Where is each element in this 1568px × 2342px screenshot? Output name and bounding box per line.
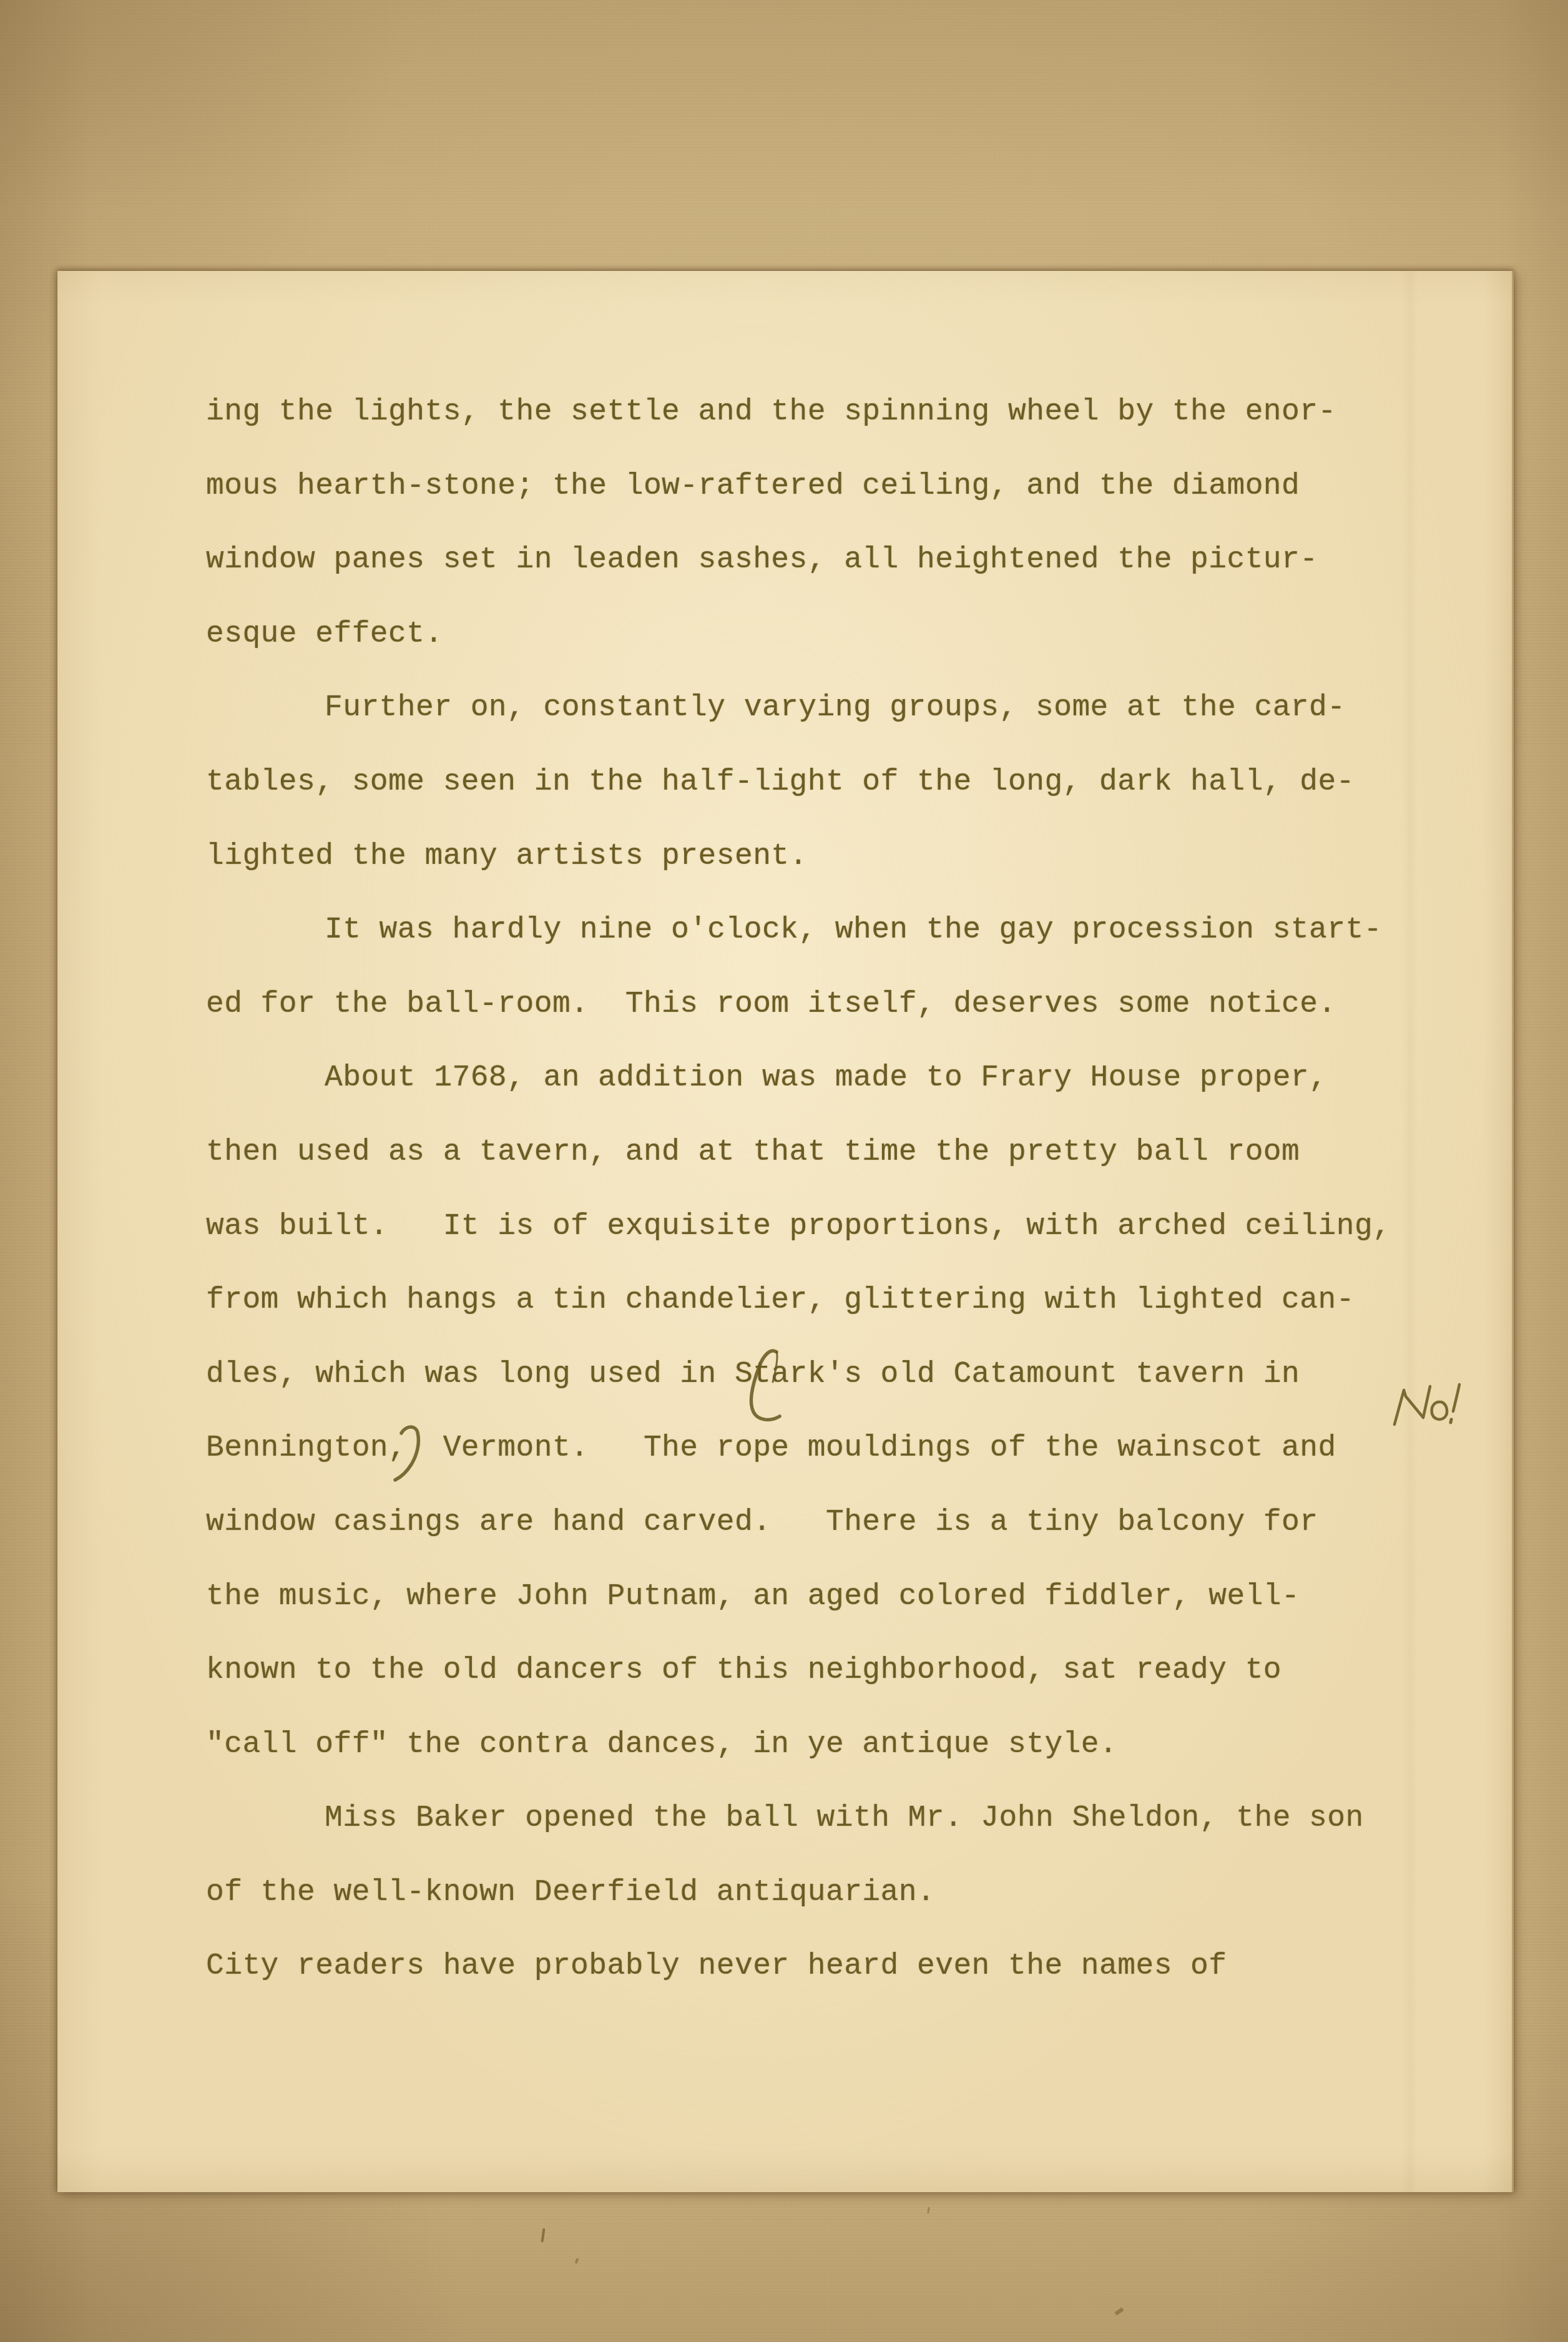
typed-line: ing the lights, the settle and the spinn… <box>206 375 1454 449</box>
typed-line: About 1768, an addition was made to Frar… <box>206 1041 1454 1115</box>
typed-line: ed for the ball-room. This room itself, … <box>206 968 1454 1042</box>
typed-line: was built. It is of exquisite proportion… <box>206 1190 1454 1264</box>
typed-line: tables, some seen in the half-light of t… <box>206 745 1454 820</box>
typed-line: mous hearth-stone; the low-raftered ceil… <box>206 449 1454 524</box>
typed-line: dles, which was long used in Stark's old… <box>206 1338 1454 1412</box>
typed-line: the music, where John Putnam, an aged co… <box>206 1560 1454 1634</box>
typed-line: of the well-known Deerfield antiquarian. <box>206 1856 1454 1930</box>
typed-line: lighted the many artists present. <box>206 820 1454 894</box>
typed-line: Miss Baker opened the ball with Mr. John… <box>206 1781 1454 1856</box>
typed-line: window casings are hand carved. There is… <box>206 1486 1454 1560</box>
typescript-page: ing the lights, the settle and the spinn… <box>57 271 1514 2192</box>
typed-line: "call off" the contra dances, in ye anti… <box>206 1708 1454 1782</box>
typed-line: City readers have probably never heard e… <box>206 1929 1454 2004</box>
typed-line: Bennington, Vermont. The rope mouldings … <box>206 1411 1454 1486</box>
typed-line: from which hangs a tin chandelier, glitt… <box>206 1263 1454 1338</box>
typed-line: Further on, constantly varying groups, s… <box>206 671 1454 745</box>
typed-text-block: ing the lights, the settle and the spinn… <box>206 375 1454 2004</box>
typed-line: esque effect. <box>206 597 1454 672</box>
mat-speck <box>541 2228 545 2242</box>
typed-line: window panes set in leaden sashes, all h… <box>206 523 1454 597</box>
mat-speck <box>1115 2308 1124 2316</box>
mat-speck <box>927 2207 930 2213</box>
typed-line: known to the old dancers of this neighbo… <box>206 1634 1454 1708</box>
typed-line: It was hardly nine o'clock, when the gay… <box>206 893 1454 968</box>
mat-background: ing the lights, the settle and the spinn… <box>0 0 1568 2342</box>
typed-line: then used as a tavern, and at that time … <box>206 1115 1454 1190</box>
mat-speck <box>575 2258 579 2264</box>
